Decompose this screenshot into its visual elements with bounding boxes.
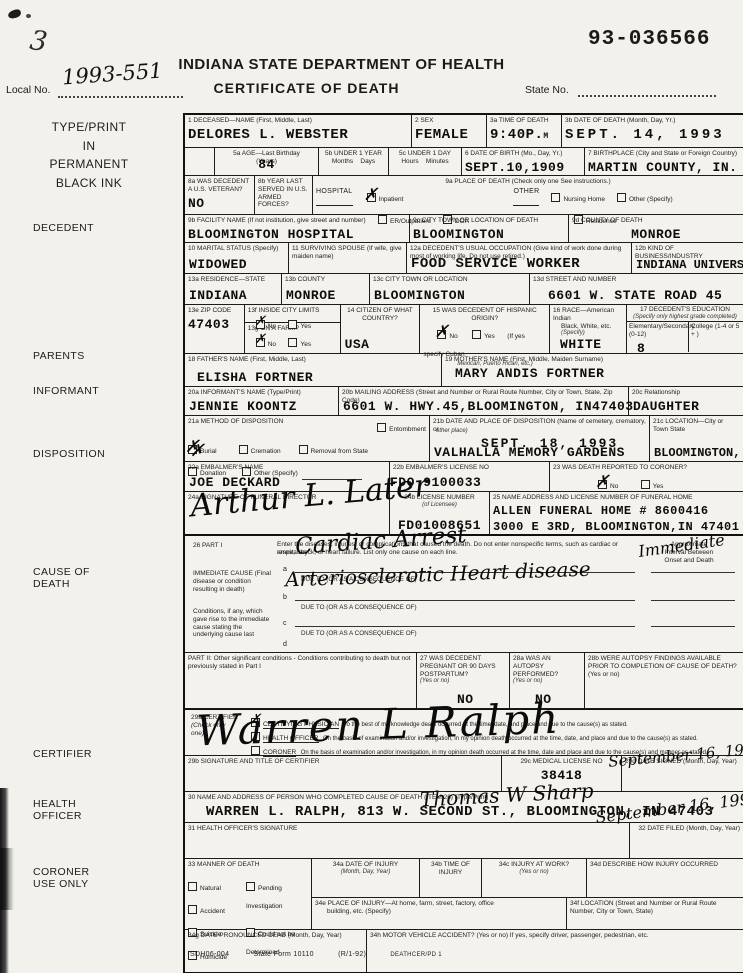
margin-informant: INFORMANT [33, 385, 99, 397]
field-place-of-death: 9a PLACE OF DEATH (Check only one See in… [313, 176, 743, 214]
margin-line: USE ONLY [33, 878, 89, 890]
field-residence-county: 13b COUNTY MONROE [282, 274, 370, 304]
field-disposition-location: 21c LOCATION—City or Town State BLOOMING… [650, 416, 743, 461]
checkbox-hispanic-yes: Yes [472, 325, 495, 342]
cause-line-c [295, 626, 635, 627]
due-to-2: DUE TO (OR AS A CONSEQUENCE OF) [301, 604, 417, 611]
label: 15 WAS DECEDENT OF HISPANIC ORIGIN? [423, 307, 546, 323]
sublabel: (Month, Day, Year) [315, 869, 416, 875]
label: 10 MARITAL STATUS (Specify) [188, 245, 285, 253]
ink-blob [7, 8, 22, 19]
label: 2 SEX [415, 117, 483, 125]
field-reported-to-coroner: 23 WAS DEATH REPORTED TO CORONER? ✗No Ye… [550, 462, 743, 491]
label: 22a EMBALMER'S NAME [188, 464, 386, 472]
label-2: other place) [436, 428, 468, 434]
value: FOOD SERVICE WORKER [411, 256, 580, 272]
interval-line-a [651, 572, 735, 573]
field-race: 16 RACE—American Indian Black, White, et… [550, 305, 627, 353]
field-county-of-death: 9d COUNTY OF DEATH MONROE [569, 215, 743, 242]
label: 34f LOCATION (Street and Number or Rural… [570, 900, 740, 916]
label: 9c CITY TOWN OR LOCATION OF DEATH [413, 217, 565, 225]
field-usual-occupation: 12a DECEDENT'S USUAL OCCUPATION (Give ki… [407, 243, 632, 273]
field-business-industry: 12b KIND OF BUSINESS/INDUSTRY INDIANA UN… [632, 243, 743, 273]
checkbox-coroner-yes: Yes [641, 475, 664, 492]
value: 6601 W. STATE ROAD 45 [548, 288, 722, 303]
value: WIDOWED [189, 257, 247, 272]
field-surviving-spouse: 11 SURVIVING SPOUSE (If wife, give maide… [289, 243, 407, 273]
value: MARTIN COUNTY, IN. [588, 160, 740, 175]
margin-line: DEATH [33, 578, 90, 590]
field-zip-code: 13e ZIP CODE 47403 [185, 305, 245, 353]
value: DELORES L. WEBSTER [188, 127, 408, 143]
label: 13a RESIDENCE—STATE [188, 276, 278, 284]
label: 13c CITY TOWN OR LOCATION [373, 276, 526, 284]
field-marital-status: 10 MARITAL STATUS (Specify) WIDOWED [185, 243, 289, 273]
line-letter-b: b [283, 594, 287, 601]
margin-line: OFFICER [33, 810, 82, 822]
label: 29b SIGNATURE AND TITLE OF CERTIFIER [188, 758, 498, 766]
sublabel: Months Days [322, 158, 385, 166]
value-line-2: 3000 E 3RD, BLOOMINGTON,IN 47401 [493, 520, 740, 534]
field-under-1-year: 5b UNDER 1 YEAR Months Days [319, 148, 389, 175]
form-code: SDH06-004 [190, 951, 229, 958]
form-footer: SDH06-004 State Form 10110 (R/1-92) DEAT… [190, 951, 464, 958]
label: 6 DATE OF BIRTH (Mo., Day, Yr.) [465, 150, 581, 158]
label: 3b DATE OF DEATH (Month, Day, Yr.) [565, 117, 740, 125]
value-place: VALHALLA MEMORY GARDENS [434, 445, 625, 460]
value: MARY ANDIS FORTNER [455, 366, 740, 381]
label: 27 WAS DECEDENT PREGNANT OR 90 DAYS POST… [420, 655, 506, 678]
local-no-line [58, 96, 183, 98]
handwritten-corner-mark: 3 [28, 25, 49, 58]
checkbox-pending: Pending Investigation [246, 877, 306, 913]
field-funeral-home: 25 NAME ADDRESS AND LICENSE NUMBER OF FU… [490, 492, 743, 534]
field-time-of-death: 3a TIME OF DEATH 9:40P.M [487, 115, 562, 147]
label: 13d STREET AND NUMBER [533, 276, 740, 284]
label: 25 NAME ADDRESS AND LICENSE NUMBER OF FU… [493, 494, 740, 502]
field-autopsy-findings: 28b WERE AUTOPSY FINDINGS AVAILABLE PRIO… [585, 653, 743, 708]
label: 21c LOCATION—City or Town State [653, 418, 740, 434]
other-group-label: OTHER [513, 188, 539, 206]
label: 1 DECEASED—NAME (First, Middle, Last) [188, 117, 408, 125]
field-sex: 2 SEX FEMALE [412, 115, 487, 147]
state-no-label: State No. [525, 84, 569, 96]
field-residence-city: 13c CITY TOWN OR LOCATION BLOOMINGTON [370, 274, 530, 304]
sublabel: (Yes or no) [485, 869, 583, 875]
value: INDIANA [189, 288, 247, 303]
cause-line-b [295, 600, 635, 601]
value: 9:40P.M [490, 127, 558, 143]
field-date-filed: 32 DATE FILED (Month, Day, Year) [630, 823, 743, 858]
label: 29c MEDICAL LICENSE NO [505, 758, 618, 766]
sublabel: (Yes or no) [513, 678, 581, 684]
label: 33 MANNER OF DEATH [188, 861, 308, 869]
field-hispanic-origin: 15 WAS DECEDENT OF HISPANIC ORIGIN? ✗No … [420, 305, 550, 353]
checkbox-natural: Natural [188, 877, 246, 895]
label: PART II: Other significant conditions - … [188, 655, 413, 671]
education-elementary: Elementary/Secondary (0-12) 8 [627, 322, 689, 352]
checkbox-other-specify: Other (Specify) [617, 188, 673, 206]
value-line-1: ALLEN FUNERAL HOME # 8600416 [493, 504, 740, 518]
label: 20c Relationship [632, 389, 740, 397]
label: 17 DECEDENT'S EDUCATION [629, 306, 741, 314]
value: FEMALE [415, 127, 483, 143]
value: DAUGHTER [633, 399, 699, 414]
field-informant-name: 20a INFORMANT'S NAME (Type/Print) JENNIE… [185, 387, 339, 415]
checkbox-hispanic-no: ✗No [437, 325, 457, 342]
doc-ref: DEATHCER/PD 1 [390, 952, 441, 958]
field-date-of-birth: 6 DATE OF BIRTH (Mo., Day, Yr.) SEPT.10,… [462, 148, 585, 175]
value: INDIANA UNIVERSITY [636, 258, 743, 272]
margin-coroner-use-only: CORONER USE ONLY [33, 866, 89, 890]
margin-line: IN [0, 137, 178, 156]
label: 11 SURVIVING SPOUSE (If wife, give maide… [292, 245, 403, 261]
document-number: 93-036566 [588, 28, 710, 51]
field-street-number: 13d STREET AND NUMBER 6601 W. STATE ROAD… [530, 274, 743, 304]
label: 28b WERE AUTOPSY FINDINGS AVAILABLE PRIO… [588, 655, 740, 678]
interval-line-b [651, 600, 735, 601]
field-how-injury-occurred: 34d DESCRIBE HOW INJURY OCCURRED [587, 859, 743, 897]
label: 9a PLACE OF DEATH (Check only one See in… [316, 178, 740, 186]
education-college: College (1-4 or 5 + ) [689, 322, 743, 352]
label: 9d COUNTY OF DEATH [572, 217, 740, 225]
label: 13b COUNTY [285, 276, 366, 284]
field-under-1-day: 5c UNDER 1 DAY Hours Minutes [389, 148, 462, 175]
sublabel: (Specify only highest grade completed) [629, 314, 741, 320]
label: 34g DATE PRONOUNCED DEAD (Month, Day, Ye… [188, 932, 363, 940]
margin-health-officer: HEALTH OFFICER [33, 798, 82, 822]
field-date-place-disposition: 21b DATE AND PLACE OF DISPOSITION (Name … [430, 416, 650, 461]
label: 9b FACILITY NAME (If not institution, gi… [188, 217, 406, 225]
field-date-of-death: 3b DATE OF DEATH (Month, Day, Yr.) SEPT.… [562, 115, 743, 147]
field-birthplace: 7 BIRTHPLACE (City and State or Foreign … [585, 148, 743, 175]
label: 14 CITIZEN OF WHAT COUNTRY? [344, 307, 417, 323]
label: 34a DATE OF INJURY [315, 861, 416, 869]
label: 5b UNDER 1 YEAR [322, 150, 385, 158]
label: 34d DESCRIBE HOW INJURY OCCURRED [590, 861, 740, 869]
checkbox-inpatient: ✗Inpatient [367, 188, 404, 206]
scan-edge-artifact-2 [0, 848, 14, 910]
label: 3a TIME OF DEATH [490, 117, 558, 125]
field-place-of-injury: 34e PLACE OF INJURY—At home, farm, stree… [312, 898, 567, 929]
death-certificate-scan: 3 93-036566 INDIANA STATE DEPARTMENT OF … [0, 0, 743, 973]
sublabel: (Yes or no) [420, 678, 506, 684]
label-2: building, etc. (Specify) [327, 908, 563, 916]
label-3: (Specify) [561, 330, 623, 336]
sublabel: Hours Minutes [392, 158, 458, 166]
label: 34c INJURY AT WORK? [485, 861, 583, 869]
field-manner-of-death: 33 MANNER OF DEATH Natural Accident Suic… [185, 859, 312, 929]
label: 28a WAS AN AUTOPSY PERFORMED? [513, 655, 581, 678]
margin-certifier: CERTIFIER [33, 748, 92, 760]
value: 6601 W. HWY.45,BLOOMINGTON, IN47403 [343, 399, 634, 414]
label: 31 HEALTH OFFICER'S SIGNATURE [188, 825, 626, 833]
value: 47403 [188, 317, 241, 332]
immediate-cause-label: IMMEDIATE CAUSE (Final disease or condit… [193, 570, 271, 593]
field-residence-state: 13a RESIDENCE—STATE INDIANA [185, 274, 282, 304]
interval-line-c [651, 626, 735, 627]
form-revision: (R/1-92) [338, 951, 366, 958]
field-health-officer-signature: 31 HEALTH OFFICER'S SIGNATURE [185, 823, 630, 858]
value: BLOOMINGTON HOSPITAL [188, 227, 406, 242]
label: 5c UNDER 1 DAY [392, 150, 458, 158]
value: USA [345, 337, 370, 352]
field-education: 17 DECEDENT'S EDUCATION (Specify only hi… [627, 305, 743, 353]
value: BLOOMINGTON [374, 288, 465, 303]
checkbox-removal: Removal from State [299, 440, 368, 458]
field-facility-name: 9b FACILITY NAME (If not institution, gi… [185, 215, 410, 242]
field-time-of-injury: 34b TIME OF INJURY [420, 859, 482, 897]
value: ELISHA FORTNER [197, 370, 313, 385]
margin-line: CAUSE OF [33, 566, 90, 578]
field-method-of-disposition: 21a METHOD OF DISPOSITION Entombment ✗✗B… [185, 416, 430, 461]
field-city-of-death: 9c CITY TOWN OR LOCATION OF DEATH BLOOMI… [410, 215, 569, 242]
checkbox-burial: ✗✗Burial [188, 440, 217, 458]
form-name: State Form 10110 [254, 951, 314, 958]
field-veteran: 8a WAS DECEDENT A U.S. VETERAN? NO [185, 176, 255, 214]
margin-type-print: TYPE/PRINT IN PERMANENT BLACK INK [0, 118, 178, 192]
label: 7 BIRTHPLACE (City and State or Foreign … [588, 150, 740, 158]
checkbox-farm-no: ✗No [256, 333, 276, 350]
label: 32 DATE FILED (Month, Day, Year) [633, 825, 740, 833]
label: 20a INFORMANT'S NAME (Type/Print) [188, 389, 335, 397]
field-date-of-injury: 34a DATE OF INJURY (Month, Day, Year) [312, 859, 420, 897]
margin-line: TYPE/PRINT [0, 118, 178, 137]
checkbox-accident: Accident [188, 900, 246, 918]
label: 16 RACE—American Indian [553, 307, 623, 323]
value: BLOOMINGTON [413, 227, 565, 242]
margin-parents: PARENTS [33, 350, 85, 362]
due-to-3: DUE TO (OR AS A CONSEQUENCE OF) [301, 630, 417, 637]
label: 23 WAS DEATH REPORTED TO CORONER? [553, 464, 740, 472]
ink-dot [26, 14, 31, 18]
field-deceased-name: 1 DECEASED—NAME (First, Middle, Last) DE… [185, 115, 412, 147]
field-injury-at-work: 34c INJURY AT WORK? (Yes or no) [482, 859, 587, 897]
field-informant-address: 20b MAILING ADDRESS (Street and Number o… [339, 387, 629, 415]
value: MONROE [286, 288, 336, 303]
field-blank [185, 148, 215, 175]
checkbox-coroner-no: ✗No [598, 475, 618, 492]
conditions-label: Conditions, if any, which gave rise to t… [193, 608, 271, 639]
part1-number: 26 PART I [193, 542, 222, 550]
label: 18 FATHER'S NAME (First, Middle, Last) [188, 356, 438, 364]
label: 34e PLACE OF INJURY—At home, farm, stree… [315, 900, 563, 908]
field-citizen-of: 14 CITIZEN OF WHAT COUNTRY? USA [341, 305, 421, 353]
margin-decedent: DECEDENT [33, 222, 94, 234]
state-no-dotted-line [578, 95, 716, 97]
field-mother-name: 19 MOTHER'S NAME (First, Middle, Maiden … [442, 354, 743, 386]
label: 34b TIME OF [423, 861, 478, 869]
margin-line: PERMANENT [0, 155, 178, 174]
line-letter-d: d [283, 641, 287, 648]
field-city-limits-farm: 13f INSIDE CITY LIMITS ✗No Yes 13g ON A … [245, 305, 341, 353]
value: WHITE [560, 337, 602, 352]
field-age: 5a AGE—Last Birthday (Years) 84 [215, 148, 319, 175]
margin-cause-of-death: CAUSE OF DEATH [33, 566, 90, 590]
field-year-last-served: 8b YEAR LAST SERVED IN U.S. ARMED FORCES… [255, 176, 313, 214]
field-informant-relationship: 20c Relationship DAUGHTER [629, 387, 743, 415]
margin-disposition: DISPOSITION [33, 448, 105, 460]
local-no-label: Local No. [6, 84, 50, 96]
value: JENNIE KOONTZ [189, 399, 297, 414]
checkbox-entombment: Entombment [377, 418, 426, 436]
checkbox-farm-yes: Yes [288, 333, 311, 350]
hospital-group-label: HOSPITAL [316, 188, 353, 206]
label: 19 MOTHER'S NAME (First, Middle, Maiden … [445, 356, 740, 364]
value: SEPT. 14, 1993 [565, 127, 740, 143]
value: 84 [218, 157, 315, 172]
label: 8a WAS DECEDENT A U.S. VETERAN? [188, 178, 251, 194]
field-father-name: 18 FATHER'S NAME (First, Middle, Last) E… [185, 354, 442, 386]
value: MONROE [572, 227, 740, 242]
margin-line: HEALTH [33, 798, 82, 810]
margin-line: CORONER [33, 866, 89, 878]
checkbox-nursing-home: Nursing Home [551, 188, 605, 206]
field-injury-location: 34f LOCATION (Street and Number or Rural… [567, 898, 743, 929]
label-2: Black, White, etc. [561, 323, 623, 331]
checkbox-cremation: Cremation [239, 440, 281, 458]
label: 8b YEAR LAST SERVED IN U.S. ARMED FORCES… [258, 178, 309, 209]
label: 13e ZIP CODE [188, 307, 241, 315]
value: SEPT.10,1909 [465, 160, 581, 175]
line-letter-c: c [283, 620, 287, 627]
label: 21a METHOD OF DISPOSITION [188, 418, 283, 436]
value: BLOOMINGTON, IN [654, 446, 743, 460]
label-2: INJURY [423, 869, 478, 877]
value: NO [188, 196, 251, 211]
margin-line: BLACK INK [0, 174, 178, 193]
label: 34h MOTOR VEHICLE ACCIDENT? (Yes or no) … [370, 932, 740, 940]
